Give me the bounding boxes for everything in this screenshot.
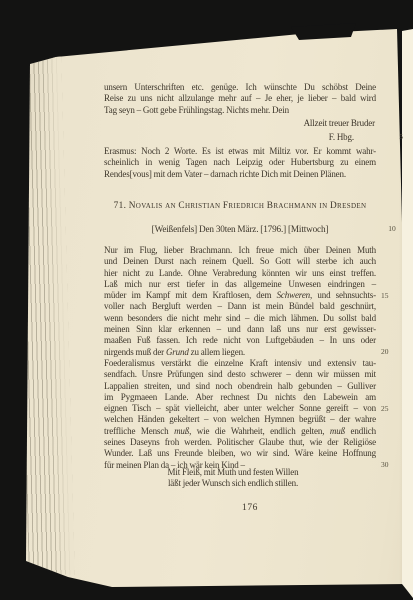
body-text-segment: nirgends muß der bbox=[104, 347, 166, 357]
margin-line-number: 10 bbox=[381, 225, 403, 233]
letter-body-line: maaßen Fuß fassen. Ich rede nicht von Lu… bbox=[104, 335, 376, 346]
letter-body-line: Wunder. Laß uns Freunde bleiben, wo wir … bbox=[104, 448, 376, 459]
body-text-segment: eignen Tisch – spät vielleicht, aber unt… bbox=[104, 403, 376, 413]
verse-block: Mit Fleiß, mit Muth und festen Willen lä… bbox=[104, 467, 376, 490]
margin-line-number: 25 bbox=[381, 405, 403, 413]
body-text-segment: , und sehnsuchts- bbox=[310, 290, 376, 300]
letter-body-line: müder im Kampf mit dem Kraftlosen, dem S… bbox=[104, 290, 376, 301]
letter-dateline: [Weißenfels] Den 30ten März. [1796.] [Mi… bbox=[104, 224, 376, 235]
margin-line-number: 5 bbox=[381, 133, 403, 141]
postscript-line: scheinlich in wenig Tagen nach Leipzig o… bbox=[104, 157, 376, 168]
body-text-italic: muß bbox=[330, 426, 345, 436]
letter-text-line: Tag seyn – Gott gebe Frühlingstag. Nicht… bbox=[104, 105, 376, 116]
letter-body-line: seines Daseyns froh werden. Politischer … bbox=[104, 437, 376, 448]
letter-body-line: Nur im Flug, lieber Brachmann. Ich freue… bbox=[104, 245, 376, 256]
page-number-block: 176 bbox=[104, 503, 376, 514]
body-text-segment: endlich bbox=[345, 426, 376, 436]
letter-body-line: meinen Sinn klar erkennen – und dann laß… bbox=[104, 324, 376, 335]
letter-signature-line: F. Hbg. 5 bbox=[104, 132, 376, 143]
letter-body-line: wenn besonders die nicht mehr sind – die… bbox=[104, 313, 376, 324]
letter-body-line: treffliche Mensch muß, wie die Wahrheit,… bbox=[104, 426, 376, 437]
body-text-segment: , wie die Wahrheit, endlich gelten, bbox=[189, 426, 330, 436]
page-stack-edges bbox=[15, 49, 75, 575]
verse-line: läßt jeder Wunsch sich endlich stillen. bbox=[104, 478, 376, 489]
body-text-segment: zu allem liegen. bbox=[189, 347, 245, 357]
margin-line-number: 20 bbox=[381, 348, 403, 356]
postscript-line: Erasmus: Noch 2 Worte. Es ist etwas mit … bbox=[104, 146, 376, 157]
signature-text: F. Hbg. bbox=[329, 132, 354, 142]
body-text-italic: Schweren bbox=[277, 290, 310, 300]
verse-line: Mit Fleiß, mit Muth und festen Willen bbox=[104, 467, 376, 478]
letter-text-line: unsern Unterschriften etc. genüge. Ich w… bbox=[104, 82, 376, 93]
letter-body-line: Foederalismus verstärkt die einzelne Kra… bbox=[104, 358, 376, 369]
margin-line-number: 15 bbox=[381, 292, 403, 300]
letter-text-line: Reise zu uns nicht allzulange mehr auf –… bbox=[104, 93, 376, 104]
letter-body-line: welchen Händen gekeltert – von welchen H… bbox=[104, 414, 376, 425]
letter-heading: 71. Novalis an Christian Friedrich Brach… bbox=[104, 201, 376, 212]
letter-body-line: voller nach Bergluft werden – Dann ist m… bbox=[104, 301, 376, 312]
letter-closing-line: Allzeit treuer Bruder bbox=[104, 118, 376, 129]
letter-body-line: nirgends muß der Grund zu allem liegen. … bbox=[104, 347, 376, 358]
body-text-segment: treffliche Mensch bbox=[104, 426, 174, 436]
letter-body-line: im Pygmaeen Lande. Aber rechnest Du nich… bbox=[104, 392, 376, 403]
page-number: 176 bbox=[104, 503, 376, 514]
letter-body-line: Laß mich nur erst tiefer in das allgemei… bbox=[104, 279, 376, 290]
scanned-book-photo: unsern Unterschriften etc. genüge. Ich w… bbox=[0, 0, 413, 600]
body-text-italic: Grund bbox=[166, 347, 189, 357]
letter-body-line: hier nicht zu Lande. Ohne Verabredung kö… bbox=[104, 268, 376, 279]
dateline-text: [Weißenfels] Den 30ten März. [1796.] [Mi… bbox=[152, 224, 329, 234]
postscript-block: Erasmus: Noch 2 Worte. Es ist etwas mit … bbox=[104, 146, 376, 180]
margin-line-number: 30 bbox=[381, 461, 403, 469]
letter-body-line: Lappalien streiten, und sind noch obendr… bbox=[104, 381, 376, 392]
previous-letter-block: unsern Unterschriften etc. genüge. Ich w… bbox=[104, 82, 376, 143]
text-column: unsern Unterschriften etc. genüge. Ich w… bbox=[104, 0, 376, 600]
postscript-line: Rendes[vous] mit dem Vater – darnach ric… bbox=[104, 169, 376, 180]
letter-body-line: eignen Tisch – spät vielleicht, aber unt… bbox=[104, 403, 376, 414]
body-text-segment: müder im Kampf mit dem Kraftlosen, dem bbox=[104, 290, 277, 300]
letter-body-line: sendfach. Unsre Prüfungen sind desto sch… bbox=[104, 369, 376, 380]
letter-body-block: Nur im Flug, lieber Brachmann. Ich freue… bbox=[104, 245, 376, 471]
dateline-block: [Weißenfels] Den 30ten März. [1796.] [Mi… bbox=[104, 224, 376, 235]
body-text-italic: muß bbox=[174, 426, 189, 436]
letter-heading-block: 71. Novalis an Christian Friedrich Brach… bbox=[104, 201, 376, 212]
letter-body-line: und Deinen Durst nach reinem Quell. So G… bbox=[104, 256, 376, 267]
